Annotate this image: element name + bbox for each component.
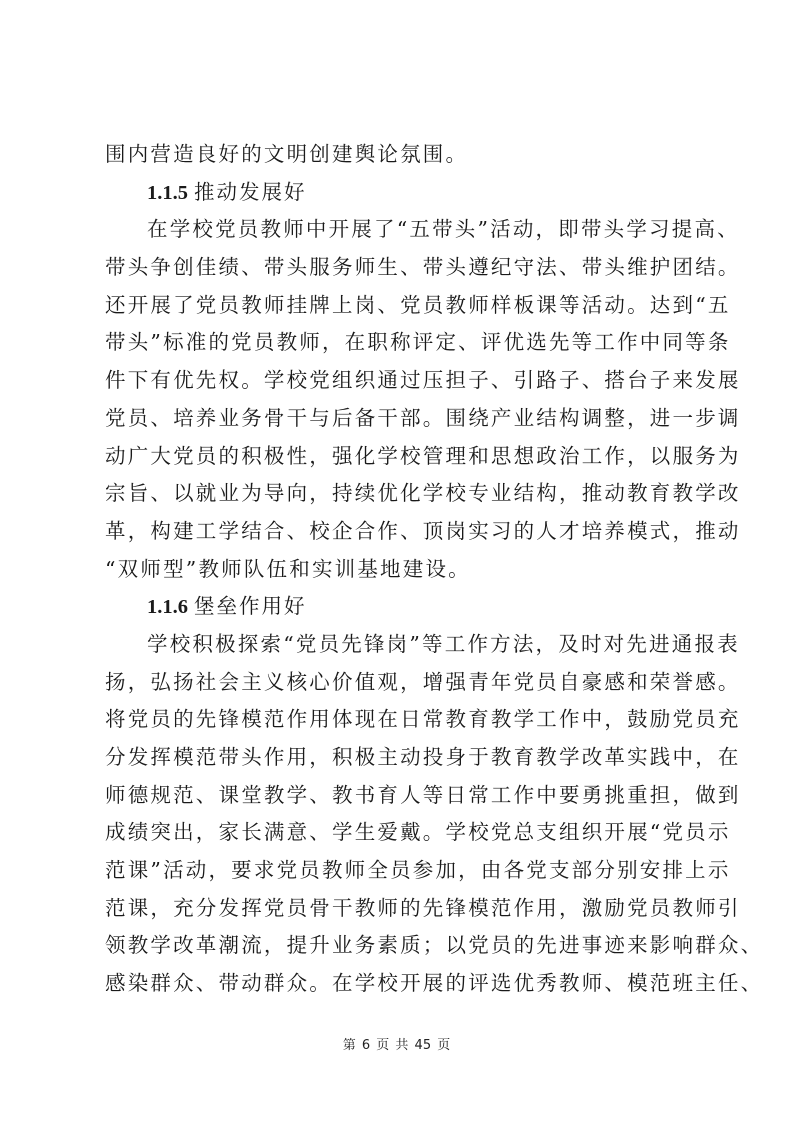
body-text-line: 带头”标准的党员教师，在职称评定、评优选先等工作中同等条 [105,324,689,362]
body-text-line: 革，构建工学结合、校企合作、顶岗实习的人才培养模式，推动 [105,513,689,551]
body-text-line: 带头争创佳绩、带头服务师生、带头遵纪守法、带头维护团结。 [105,249,689,287]
section-heading-1-1-5: 1.1.5推动发展好 [105,174,689,212]
body-text-line: 范课”活动，要求党员教师全员参加，由各党支部分别安排上示 [105,852,689,890]
section-number: 1.1.5 [147,182,188,204]
body-text-line: 感染群众、带动群众。在学校开展的评选优秀教师、模范班主任、 [105,965,689,1003]
body-text-line: 在学校党员教师中开展了“五带头”活动，即带头学习提高、 [105,211,689,249]
document-body: 围内营造良好的文明创建舆论氛围。 1.1.5推动发展好 在学校党员教师中开展了“… [105,136,689,1003]
page-number-label: 第 6 页 共 45 页 [343,1038,450,1053]
body-text-line: 师德规范、课堂教学、教书育人等日常工作中要勇挑重担，做到 [105,777,689,815]
body-text-line: 还开展了党员教师挂牌上岗、党员教师样板课等活动。达到“五 [105,287,689,325]
body-text-line: 宗旨、以就业为导向，持续优化学校专业结构，推动教育教学改 [105,475,689,513]
body-text-line: 范课，充分发挥党员骨干教师的先锋模范作用，激励党员教师引 [105,890,689,928]
body-text-line: 成绩突出，家长满意、学生爱戴。学校党总支组织开展“党员示 [105,814,689,852]
body-text-line: 件下有优先权。学校党组织通过压担子、引路子、搭台子来发展 [105,362,689,400]
section-number: 1.1.6 [147,596,188,618]
body-text-line: 动广大党员的积极性，强化学校管理和思想政治工作，以服务为 [105,438,689,476]
page-footer: 第 6 页 共 45 页 [0,1034,793,1053]
section-heading-1-1-6: 1.1.6堡垒作用好 [105,588,689,626]
body-text-line: “双师型”教师队伍和实训基地建设。 [105,551,689,589]
section-title: 堡垒作用好 [194,594,307,618]
body-text-line: 将党员的先锋模范作用体现在日常教育教学工作中，鼓励党员充 [105,701,689,739]
body-text-line: 领教学改革潮流，提升业务素质；以党员的先进事迹来影响群众、 [105,927,689,965]
body-text-line: 围内营造良好的文明创建舆论氛围。 [105,136,689,174]
section-title: 推动发展好 [194,180,307,204]
body-text-line: 党员、培养业务骨干与后备干部。围绕产业结构调整，进一步调 [105,400,689,438]
body-text-line: 分发挥模范带头作用，积极主动投身于教育教学改革实践中，在 [105,739,689,777]
body-text-line: 学校积极探索“党员先锋岗”等工作方法，及时对先进通报表 [105,626,689,664]
body-text-line: 扬，弘扬社会主义核心价值观，增强青年党员自豪感和荣誉感。 [105,664,689,702]
